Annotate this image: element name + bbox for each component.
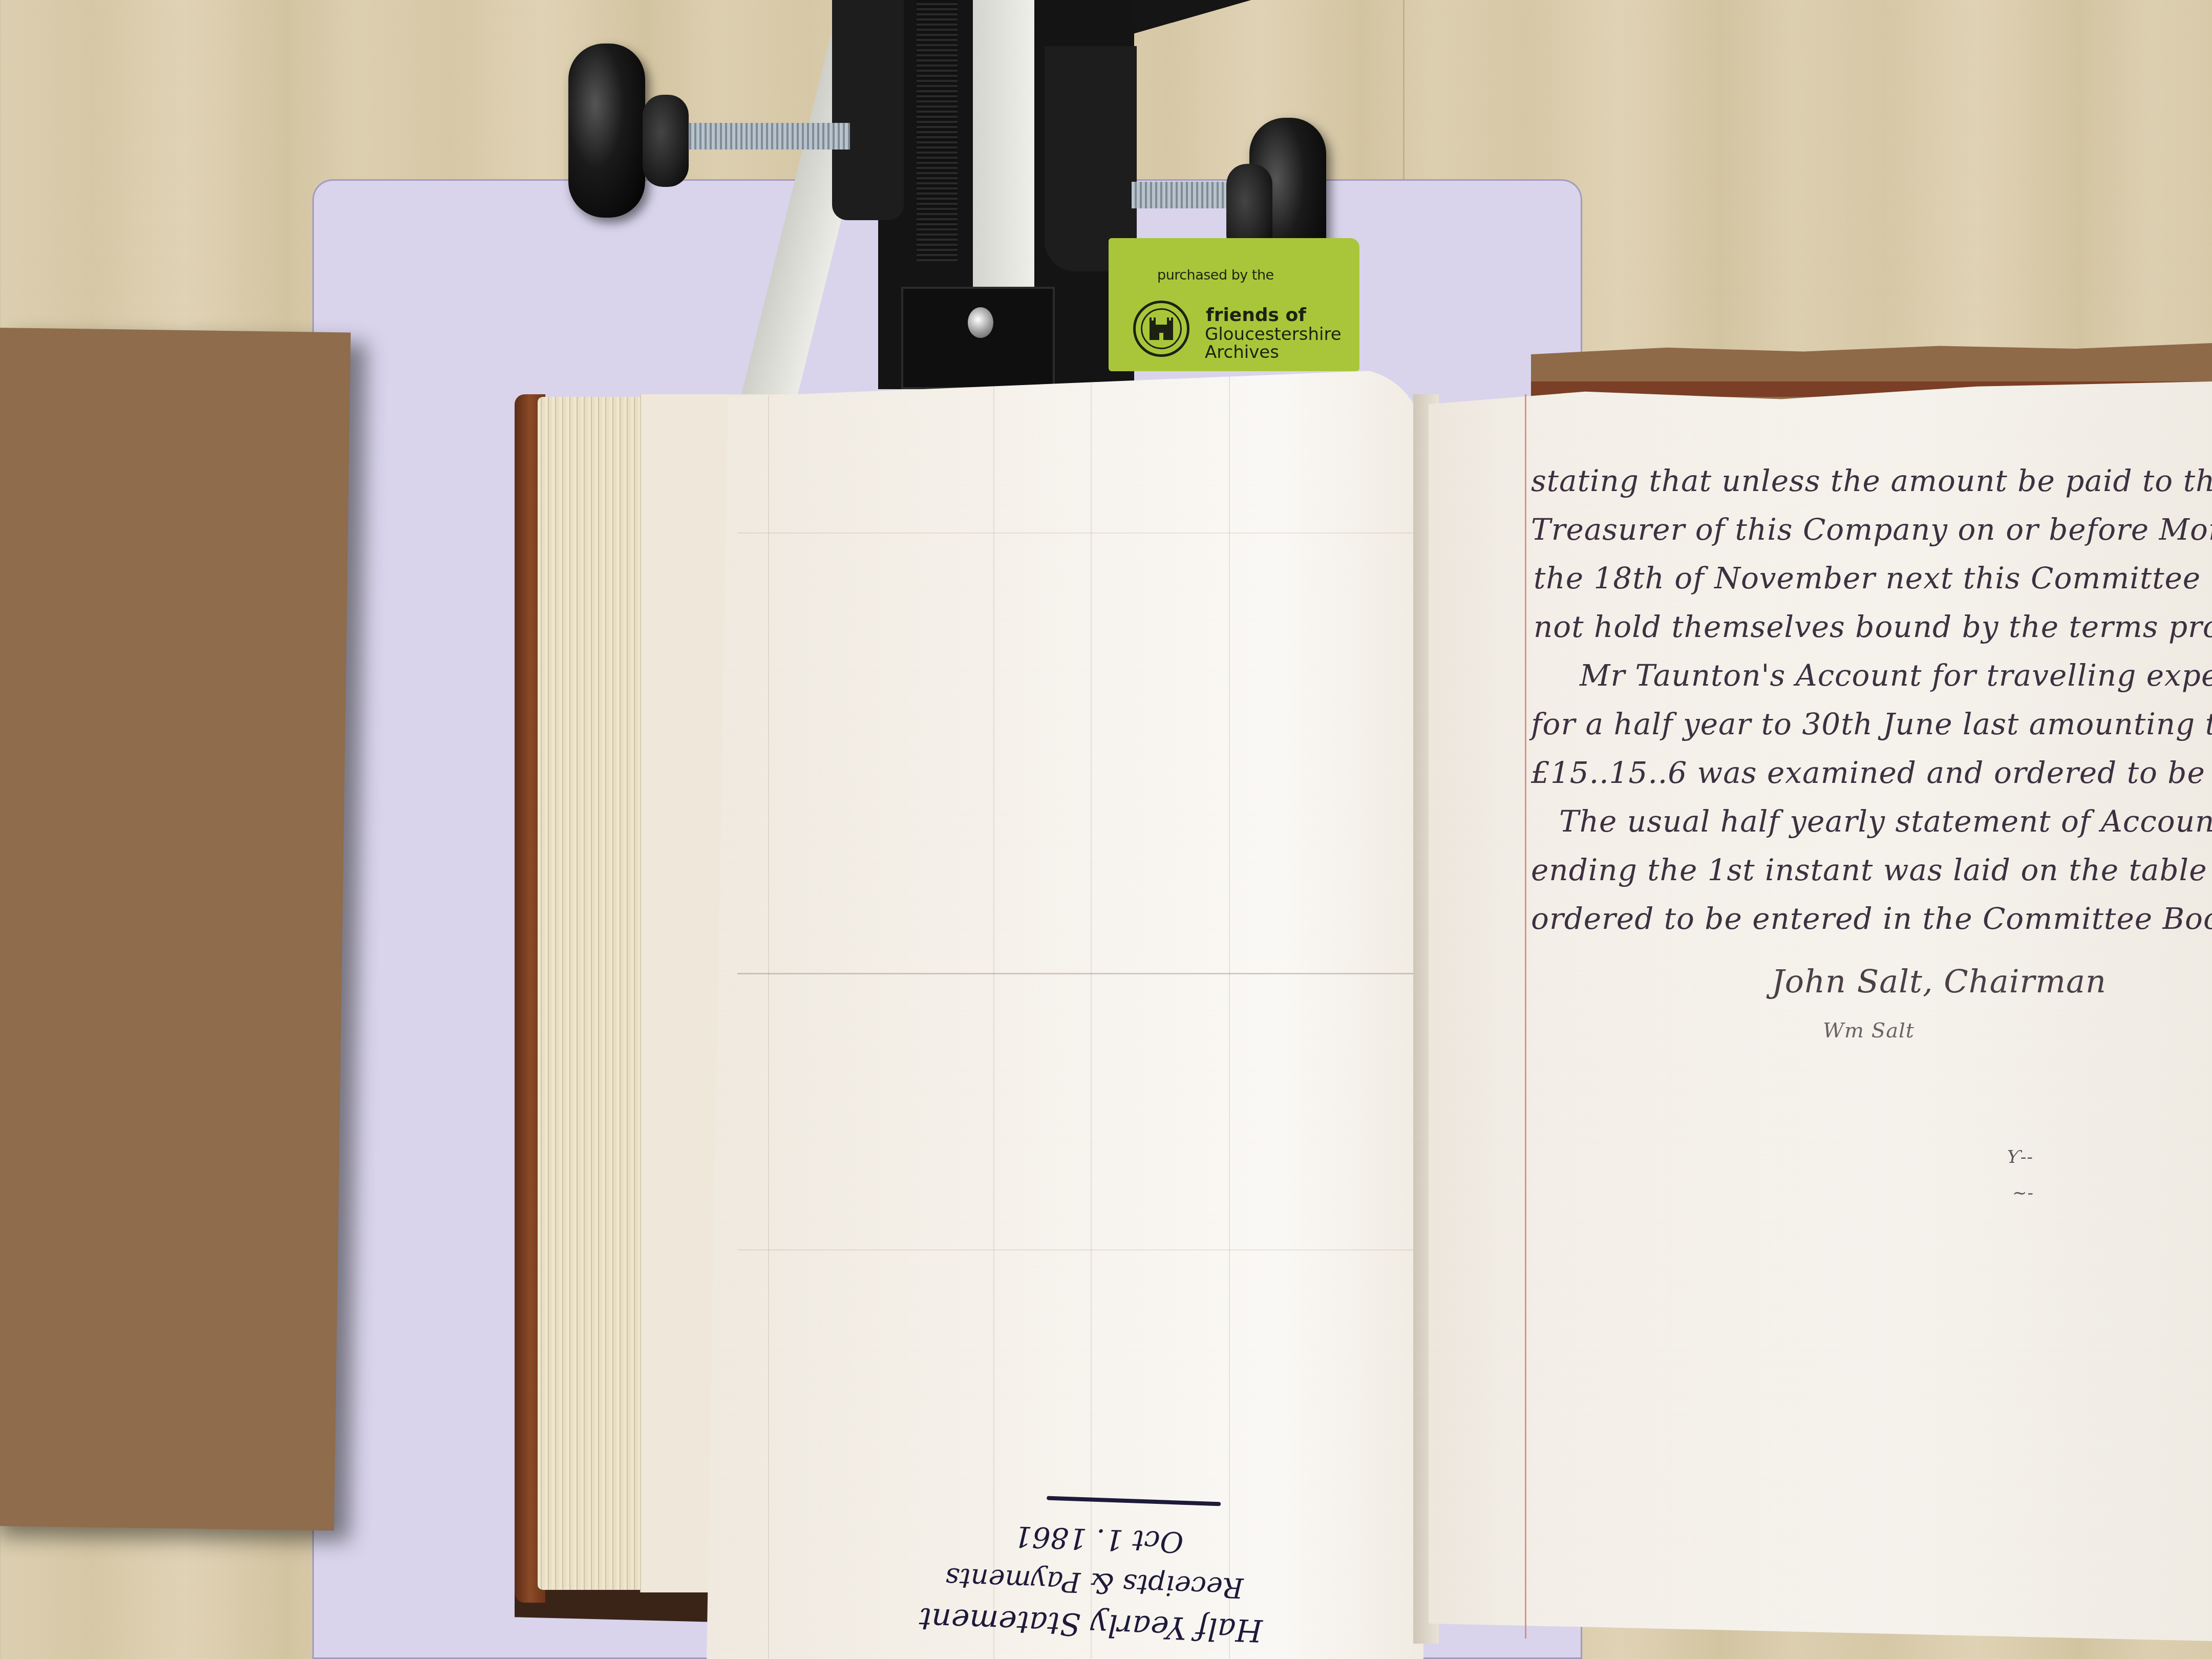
left-page-ledger (707, 369, 1423, 1659)
upside-down-docket-note: Half Yearly Statement Receipts & Payment… (970, 1470, 1283, 1654)
copy-stand-rail-right (1045, 46, 1137, 271)
minutes-line: Treasurer of this Company on or before M… (1531, 512, 2212, 547)
margin-rule (1525, 394, 1526, 1639)
clamp-screw-icon (968, 307, 993, 338)
sticker-friends-text: friends of (1206, 305, 1306, 326)
minutes-line: ending the 1st instant was laid on the t… (1531, 853, 2212, 887)
knob-hub-left (643, 95, 689, 187)
minutes-line: stating that unless the amount be paid t… (1531, 463, 2212, 498)
sticker-archives-text: Archives (1205, 342, 1279, 363)
docket-line: Oct 1. 1861 (1013, 1519, 1184, 1559)
chairman-signature: John Salt, Chairman (1772, 963, 2107, 1000)
tension-knob-left[interactable] (568, 44, 645, 218)
countersignature: Wm Salt (1823, 1019, 1915, 1043)
copy-stand-clamp (901, 287, 1055, 389)
docket-underline (1047, 1496, 1221, 1506)
minutes-line: £15..15..6 was examined and ordered to b… (1531, 755, 2212, 790)
book-page-edges (538, 397, 655, 1590)
threaded-rod-left (681, 123, 850, 150)
copy-stand-rack (917, 0, 958, 261)
minutes-line: ordered to be entered in the Committee B… (1531, 901, 2212, 936)
pencil-mark: Ƴ-- (2007, 1147, 2033, 1167)
brown-board-left (0, 328, 351, 1530)
minutes-line: for a half year to 30th June last amount… (1531, 707, 2212, 741)
castle-seal-icon (1133, 301, 1189, 357)
copy-stand-rail-left (832, 0, 904, 220)
friends-of-gloucestershire-archives-sticker: purchased by the friends of Gloucestersh… (1109, 238, 1359, 371)
pencil-mark: ~- (2012, 1183, 2034, 1203)
minutes-line: not hold themselves bound by the terms p… (1534, 609, 2212, 644)
minutes-line: the 18th of November next this Committee… (1534, 561, 2212, 595)
minutes-line: The usual half yearly statement of Accou… (1559, 804, 2212, 839)
docket-line: Receipts & Payments (945, 1562, 1244, 1604)
docket-line: Half Yearly Statement (919, 1601, 1263, 1648)
sticker-purchased-text: purchased by the (1157, 267, 1274, 283)
minutes-line: Mr Taunton's Account for travelling expe… (1580, 658, 2212, 693)
sticker-gloucestershire-text: Gloucestershire (1205, 324, 1342, 345)
